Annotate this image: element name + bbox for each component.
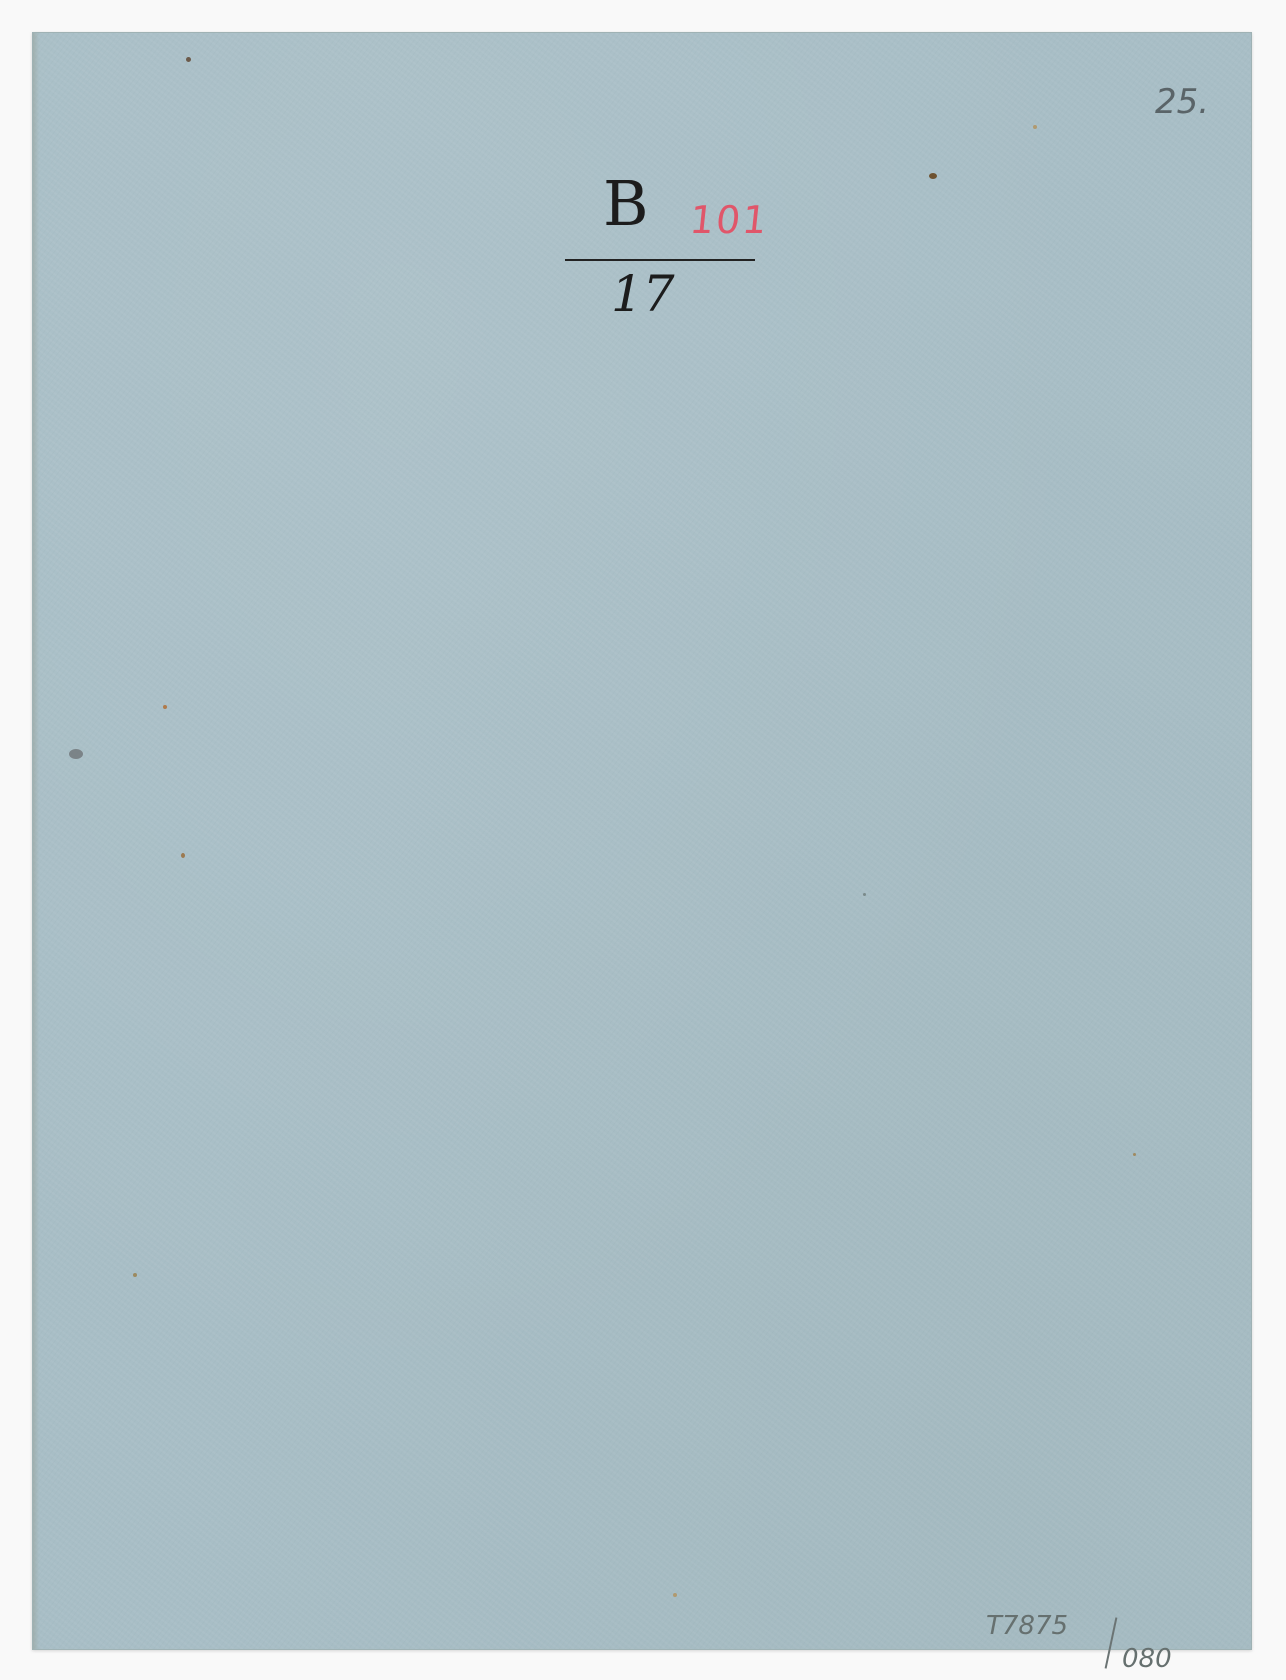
stain-spot (186, 57, 191, 62)
sheet-edge-shading (33, 33, 39, 1649)
stain-spot (69, 749, 83, 759)
stain-spot (863, 893, 866, 896)
stain-spot (181, 853, 185, 858)
stain-spot (929, 173, 937, 179)
inventory-number-top: T7875 (986, 1613, 1068, 1639)
stain-spot (1133, 1153, 1136, 1156)
folio-number: 25. (1155, 85, 1209, 119)
fraction-rule (565, 259, 755, 261)
folder-cover-sheet: 25. B 101 17 T7875 080 (32, 32, 1252, 1650)
inventory-number-bottom: 080 (1122, 1646, 1172, 1672)
stain-spot (673, 1593, 677, 1597)
stain-spot (1033, 125, 1037, 129)
signature-denominator: 17 (611, 269, 675, 319)
inventory-slash (1105, 1617, 1118, 1668)
stain-spot (163, 705, 167, 709)
signature-letter: B (603, 173, 649, 235)
stain-spot (133, 1273, 137, 1277)
scan-background: 25. B 101 17 T7875 080 (0, 0, 1286, 1680)
signature-red-number: 101 (688, 201, 771, 239)
